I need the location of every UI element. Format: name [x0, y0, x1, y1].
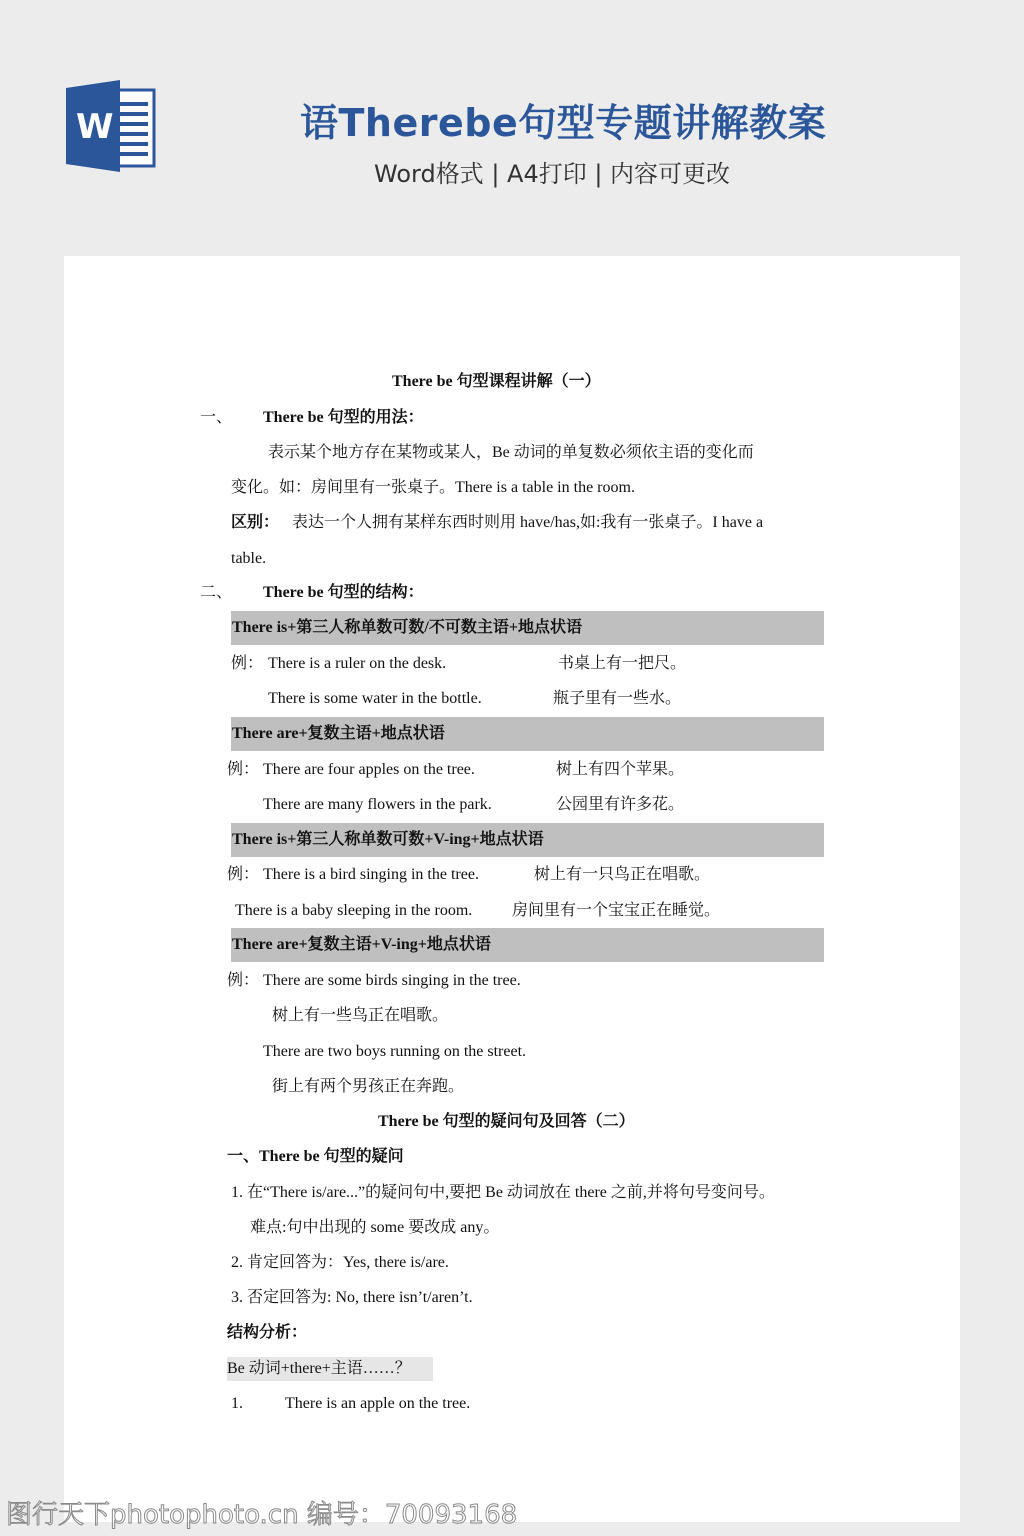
example-english: There are many flowers in the park.: [263, 795, 492, 815]
example-chinese: 树上有一只鸟正在唱歌。: [534, 865, 710, 885]
example-prefix: 例：: [227, 760, 259, 780]
page-title: 语Therebe句型专题讲解教案: [300, 92, 820, 147]
section-3-title: 一、There be 句型的疑问: [227, 1147, 404, 1167]
pattern-formula: There are+复数主语+V-ing+地点状语: [232, 935, 491, 955]
difference-label: 区别：: [231, 513, 279, 533]
question-rule-2: 2. 肯定回答为：Yes, there is/are.: [231, 1253, 449, 1273]
example-english: There is a baby sleeping in the room.: [235, 901, 472, 921]
section-2-number: 二、: [200, 583, 232, 603]
example-english: There is a ruler on the desk.: [268, 654, 446, 674]
watermark-text: 图行天下photophoto.cn 编号：70093168: [6, 1494, 517, 1531]
pattern-bar: There are+复数主语+V-ing+地点状语: [231, 928, 824, 962]
pattern-bar: There is+第三人称单数可数/不可数主语+地点状语: [231, 611, 824, 645]
example-chinese: 树上有四个苹果。: [556, 760, 684, 780]
page-subtitle: Word格式 | A4打印 | 内容可更改: [374, 154, 730, 189]
example-english: There are four apples on the tree.: [263, 760, 475, 780]
pattern-formula: There is+第三人称单数可数+V-ing+地点状语: [232, 830, 544, 850]
pattern-bar: There is+第三人称单数可数+V-ing+地点状语: [231, 823, 824, 857]
question-rule-difficulty: 难点:句中出现的 some 要改成 any。: [250, 1218, 499, 1238]
example-english: There are two boys running on the street…: [263, 1042, 526, 1062]
example-english: There is some water in the bottle.: [268, 689, 482, 709]
analysis-formula: Be 动词+there+主语……？: [227, 1359, 411, 1379]
difference-line-2: table.: [231, 549, 266, 569]
example-chinese: 瓶子里有一些水。: [553, 689, 681, 709]
example-chinese: 书桌上有一把尺。: [558, 654, 686, 674]
example-chinese: 房间里有一个宝宝正在睡觉。: [512, 901, 720, 921]
section-1-title: There be 句型的用法：: [263, 408, 424, 428]
example-english: There is a bird singing in the tree.: [263, 865, 479, 885]
word-document-icon: W: [64, 80, 158, 172]
question-rule-1: 1. 在“There is/are...”的疑问句中,要把 Be 动词放在 th…: [231, 1183, 775, 1203]
example-prefix: 例：: [227, 865, 259, 885]
example-prefix: 例：: [231, 654, 263, 674]
pattern-bar: There are+复数主语+地点状语: [231, 717, 824, 751]
difference-line-1: 表达一个人拥有某样东西时则用 have/has,如:我有一张桌子。I have …: [292, 513, 763, 533]
example-english: There are some birds singing in the tree…: [263, 971, 521, 991]
pattern-formula: There is+第三人称单数可数/不可数主语+地点状语: [232, 618, 582, 638]
usage-paragraph-line-2: 变化。如：房间里有一张桌子。There is a table in the ro…: [231, 478, 635, 498]
example-sentence: There is an apple on the tree.: [285, 1394, 470, 1414]
example-number: 1.: [231, 1394, 243, 1414]
section-1-number: 一、: [200, 408, 232, 428]
section-2-title: There be 句型的结构：: [263, 583, 424, 603]
example-prefix: 例：: [227, 971, 259, 991]
example-chinese: 树上有一些鸟正在唱歌。: [272, 1006, 448, 1026]
example-chinese: 公园里有许多花。: [556, 795, 684, 815]
usage-paragraph-line-1: 表示某个地方存在某物或某人，Be 动词的单复数必须依主语的变化而: [268, 443, 754, 463]
svg-text:W: W: [76, 107, 114, 147]
analysis-label: 结构分析：: [227, 1323, 307, 1343]
question-rule-3: 3. 否定回答为: No, there isn’t/aren’t.: [231, 1288, 473, 1308]
example-chinese: 街上有两个男孩正在奔跑。: [272, 1077, 464, 1097]
pattern-formula: There are+复数主语+地点状语: [232, 724, 445, 744]
heading-lesson-two: There be 句型的疑问句及回答（二）: [378, 1112, 635, 1132]
heading-lesson-one: There be 句型课程讲解（一）: [392, 372, 601, 392]
